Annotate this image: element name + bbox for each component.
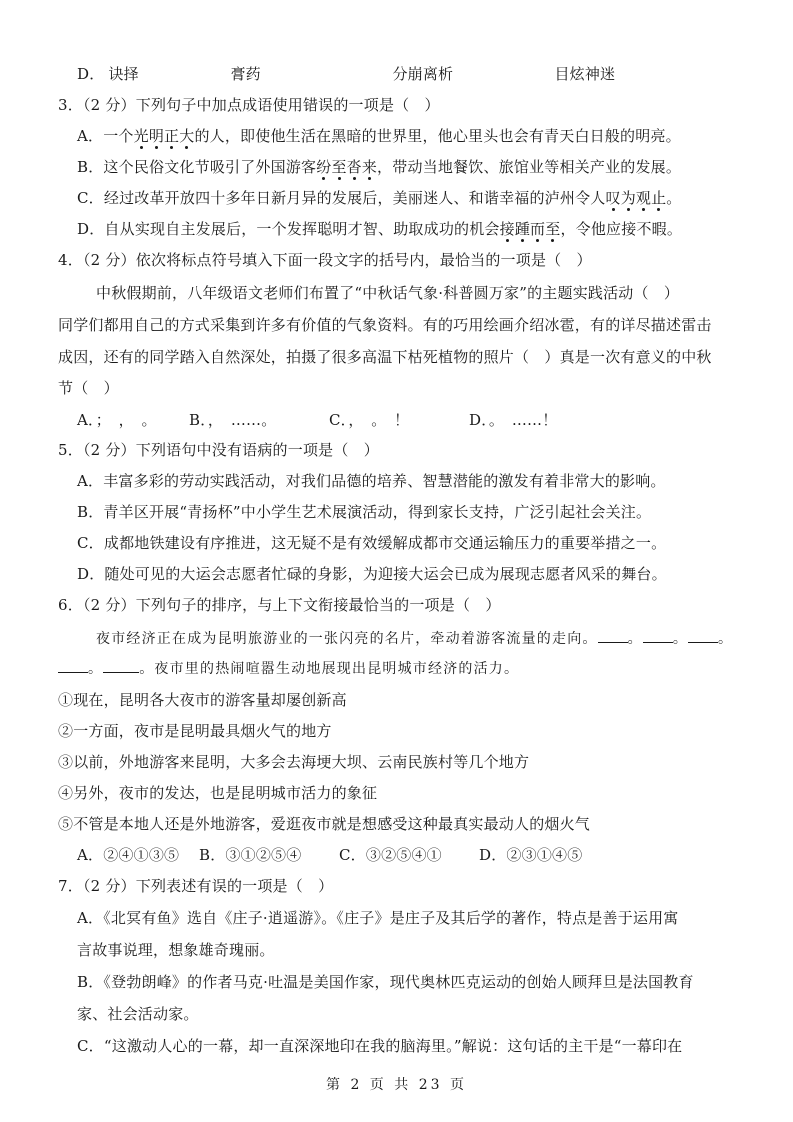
q3-option-a: A．一个光明正大的人，即使他生活在黑暗的世界里，他心里头也会有青天白日般的明亮。 <box>77 126 681 146</box>
passage-text: 夜市经济正在成为昆明旅游业的一张闪亮的名片，牵动着游客流量的走向。 <box>96 631 598 647</box>
q4-option-b: B．， ……。 <box>189 410 329 430</box>
emphasis-char: 叹 <box>605 189 620 207</box>
page-number: 第 2 页 共 23 页 <box>0 1074 793 1094</box>
q6-option-c: C．③②⑤④① <box>339 845 479 865</box>
option-text: 的人，即使他生活在黑暗的世界里，他心里头也会有青天白日般的明亮。 <box>194 127 680 145</box>
word-4: 目炫神迷 <box>554 64 615 84</box>
q6-passage-line-2: 。。夜市里的热闹喧嚣生动地展现出昆明城市经济的活力。 <box>58 658 519 679</box>
question-4-stem: 4．（2 分）依次将标点符号填入下面一段文字的括号内，最恰当的一项是（ ） <box>58 250 592 270</box>
option-text: A．一个 <box>77 127 134 145</box>
emphasis-char: 大 <box>179 127 194 145</box>
q4-option-c: C．， 。 ！ <box>329 410 469 430</box>
q3-option-d: D．自从实现自主发展后，一个发挥聪明才智、助取成功的机会接踵而至，令他应接不暇。 <box>77 219 682 239</box>
q4-passage-line-4: 节（ ） <box>58 378 119 398</box>
emphasis-char: 而 <box>530 220 545 238</box>
fill-blank <box>103 658 139 673</box>
q6-sentence-5: ⑤不管是本地人还是外地游客，爱逛夜市就是想感受这种最真实最动人的烟火气 <box>58 814 590 834</box>
emphasized-idiom: 接踵而至 <box>500 220 561 238</box>
q7-option-a-line-2: 言故事说理，想象雄奇瑰丽。 <box>77 940 275 960</box>
emphasis-char: 观 <box>636 189 651 207</box>
period: 。 <box>139 661 154 677</box>
q6-options: A．②④①③⑤B．③①②⑤④C．③②⑤④①D．②③①④⑤ <box>77 845 582 865</box>
emphasis-char: 接 <box>500 220 515 238</box>
q5-option-d: D．随处可见的大运会志愿者忙碌的身影，为迎接大运会已成为展现志愿者风采的舞台。 <box>77 564 667 584</box>
q5-option-b: B．青羊区开展“青扬杯”中小学生艺术展演活动，得到家长支持，广泛引起社会关注。 <box>77 502 651 522</box>
fill-blank <box>58 658 88 673</box>
passage-text: 夜市里的热闹喧嚣生动地展现出昆明城市经济的活力。 <box>154 661 519 677</box>
emphasized-idiom: 纷至沓来 <box>316 158 377 176</box>
question-6-stem: 6．（2 分）下列句子的排序，与上下文衔接最恰当的一项是（ ） <box>58 595 501 615</box>
option-text: B．这个民俗文化节吸引了外国游客 <box>77 158 316 176</box>
q4-passage-line-3: 成因，还有的同学踏入自然深处，拍摄了很多高温下枯死植物的照片（ ）真是一次有意义… <box>58 347 712 367</box>
q6-option-b: B．③①②⑤④ <box>199 845 339 865</box>
period: 。 <box>88 661 103 677</box>
word-3: 分崩离析 <box>392 64 554 84</box>
emphasis-char: 至 <box>331 158 346 176</box>
q6-option-a: A．②④①③⑤ <box>77 845 199 865</box>
q5-option-a: A．丰富多彩的劳动实践活动，对我们品德的培养、智慧潜能的激发有着非常大的影响。 <box>77 471 666 491</box>
fill-blank <box>643 628 673 643</box>
fill-blank <box>688 628 718 643</box>
fill-blank <box>598 628 628 643</box>
option-text: ，带动当地餐饮、旅馆业等相关产业的发展。 <box>377 158 681 176</box>
question-5-stem: 5．（2 分）下列语句中没有语病的一项是（ ） <box>58 440 379 460</box>
option-text: ，令他应接不暇。 <box>560 220 682 238</box>
q3-option-c: C．经过改革开放四十多年日新月异的发展后，美丽迷人、和谐幸福的泸州令人叹为观止。 <box>77 188 682 208</box>
emphasis-char: 为 <box>621 189 636 207</box>
emphasis-char: 沓 <box>347 158 362 176</box>
emphasis-char: 踵 <box>515 220 530 238</box>
option-text: D．自从实现自主发展后，一个发挥聪明才智、助取成功的机会 <box>77 220 500 238</box>
emphasis-char: 纷 <box>316 158 331 176</box>
question-7-stem: 7．（2 分）下列表述有误的一项是（ ） <box>58 876 333 896</box>
word-2: 膏药 <box>230 64 392 84</box>
q7-option-a-line-1: A．《北冥有鱼》选自《庄子·逍遥游》。《庄子》是庄子及其后学的著作，特点是善于运… <box>77 908 679 928</box>
emphasized-idiom: 光明正大 <box>134 127 195 145</box>
q6-sentence-1: ①现在，昆明各大夜市的游客量却屡创新高 <box>58 690 347 710</box>
exam-page: D．诀择膏药分崩离析目炫神迷 3．（2 分）下列句子中加点成语使用错误的一项是（… <box>0 0 793 1122</box>
emphasis-char: 至 <box>545 220 560 238</box>
q6-sentence-2: ②一方面，夜市是昆明最具烟火气的地方 <box>58 721 332 741</box>
q4-option-a: A．； ， 。 <box>77 410 189 430</box>
period: 。 <box>673 631 688 647</box>
q4-option-d: D．。 ……！ <box>469 410 557 430</box>
q4-passage-line-2: 同学们都用自己的方式采集到许多有价值的气象资料。有的巧用绘画介绍冰雹，有的详尽描… <box>58 315 712 335</box>
q4-options: A．； ， 。B．， ……。C．， 。 ！D．。 ……！ <box>77 410 557 430</box>
q6-passage-line-1: 夜市经济正在成为昆明旅游业的一张闪亮的名片，牵动着游客流量的走向。。。。 <box>96 628 733 649</box>
option-text: C．经过改革开放四十多年日新月异的发展后，美丽迷人、和谐幸福的泸州令人 <box>77 189 605 207</box>
option-text: 。 <box>666 189 681 207</box>
q5-option-c: C．成都地铁建设有序推进，这无疑不是有效缓解成都市交通运输压力的重要举措之一。 <box>77 533 666 553</box>
q6-sentence-4: ④另外，夜市的发达，也是昆明城市活力的象征 <box>58 783 377 803</box>
q2-option-d: D．诀择膏药分崩离析目炫神迷 <box>77 64 615 84</box>
emphasis-char: 光 <box>134 127 149 145</box>
q6-sentence-3: ③以前，外地游客来昆明，大多会去海埂大坝、云南民族村等几个地方 <box>58 752 529 772</box>
emphasis-char: 来 <box>362 158 377 176</box>
option-label: D． <box>77 64 104 84</box>
emphasis-char: 正 <box>164 127 179 145</box>
q4-passage-line-1: 中秋假期前，八年级语文老师们布置了“中秋话气象·科普圆万家”的主题实践活动（ ） <box>96 283 679 303</box>
q7-option-b-line-2: 家、社会活动家。 <box>77 1004 199 1024</box>
period: 。 <box>718 631 733 647</box>
q6-option-d: D．②③①④⑤ <box>479 845 582 865</box>
q7-option-b-line-1: B．《登勃朗峰》的作者马克·吐温是美国作家，现代奥林匹克运动的创始人顾拜旦是法国… <box>77 972 694 992</box>
emphasized-idiom: 叹为观止 <box>605 189 666 207</box>
emphasis-char: 止 <box>651 189 666 207</box>
word-1: 诀择 <box>108 64 230 84</box>
question-3-stem: 3．（2 分）下列句子中加点成语使用错误的一项是（ ） <box>58 95 440 115</box>
q7-option-c-line-1: C．“这激动人心的一幕，却一直深深地印在我的脑海里。”解说：这句话的主干是“一幕… <box>77 1036 682 1056</box>
q3-option-b: B．这个民俗文化节吸引了外国游客纷至沓来，带动当地餐饮、旅馆业等相关产业的发展。 <box>77 157 681 177</box>
emphasis-char: 明 <box>149 127 164 145</box>
period: 。 <box>628 631 643 647</box>
